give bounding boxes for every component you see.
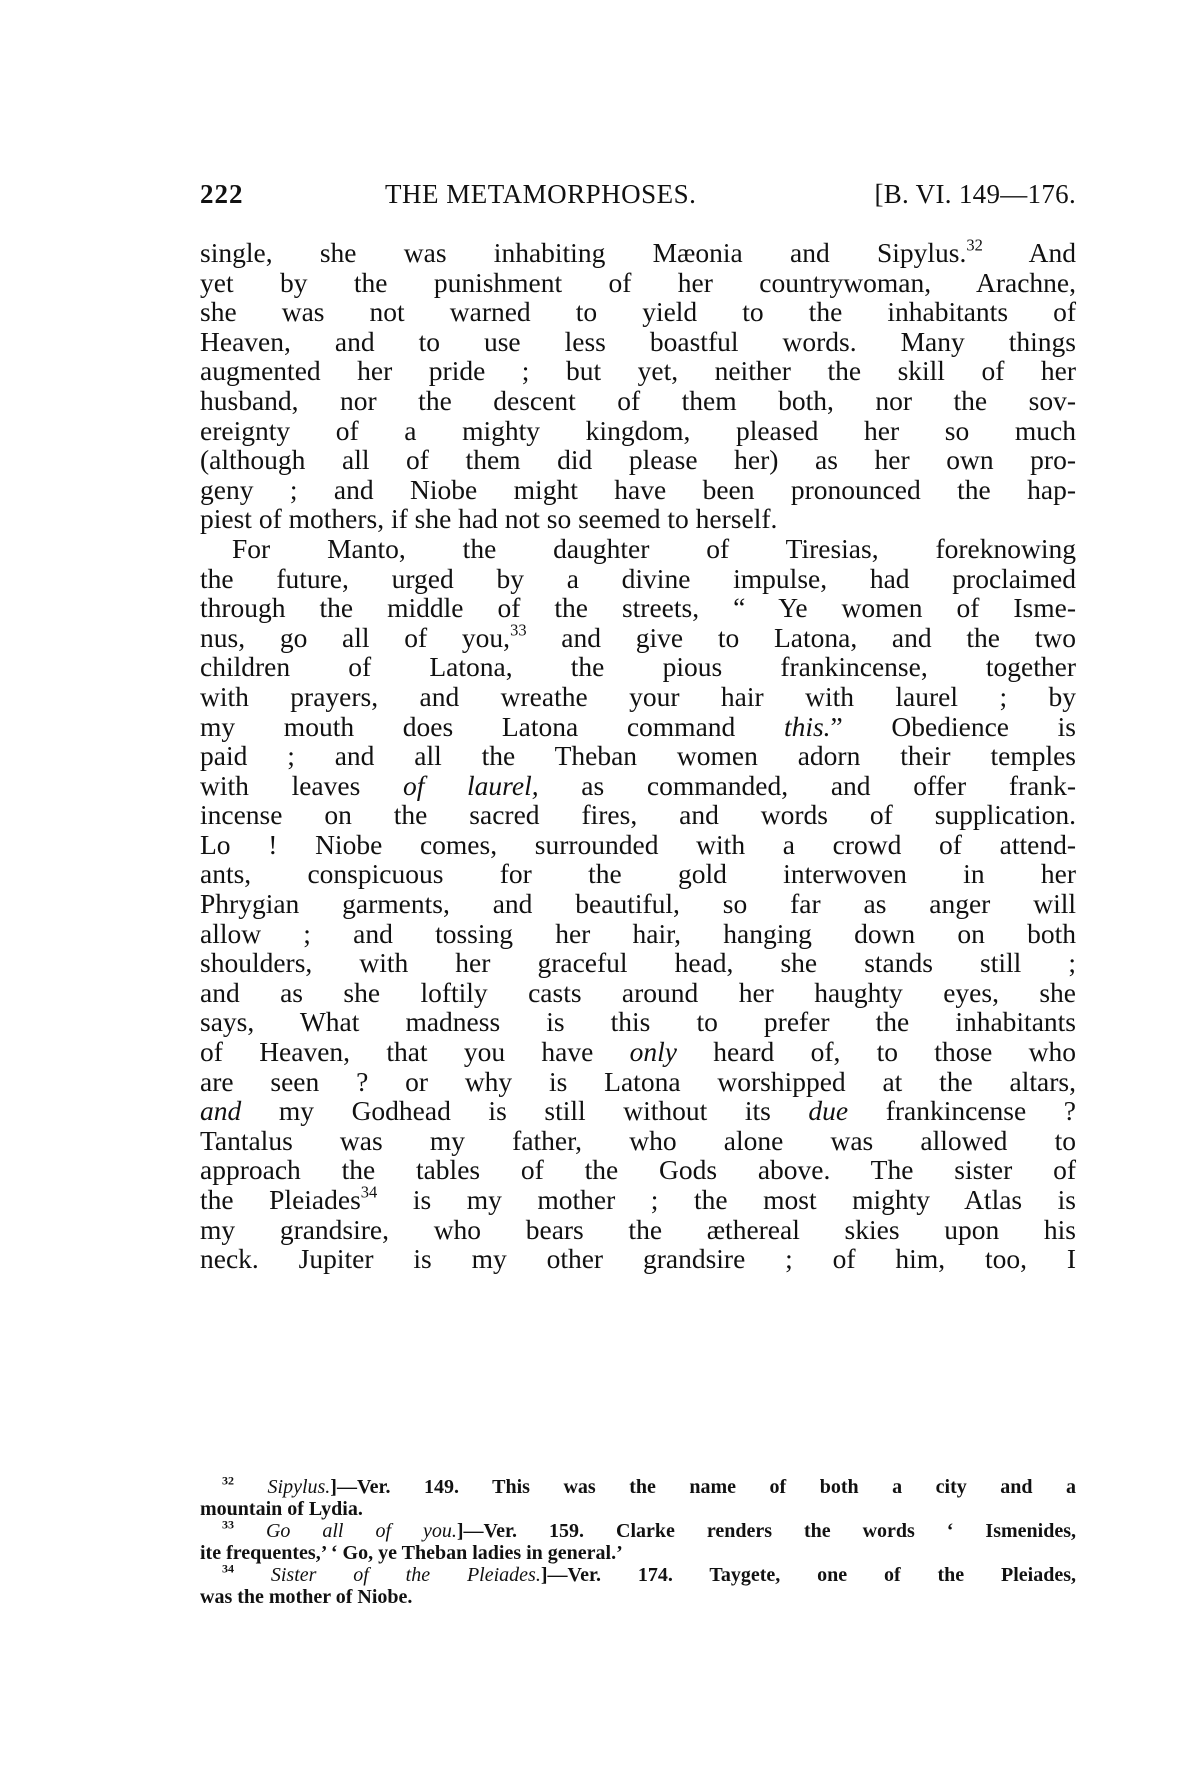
text-line: says, What madness is this to prefer the…	[200, 1007, 1076, 1037]
text-line: children of Latona, the pious frankincen…	[200, 652, 1076, 682]
text-line: augmented her pride ; but yet, neither t…	[200, 356, 1076, 386]
text-line: my grandsire, who bears the æthereal ski…	[200, 1215, 1076, 1245]
footnotes: 32 Sipylus.]—Ver. 149. This was the name…	[200, 1476, 1076, 1608]
text-line: and my Godhead is still without its due …	[200, 1096, 1076, 1126]
text-line: of Heaven, that you have only heard of, …	[200, 1037, 1076, 1067]
text-line: ereignty of a mighty kingdom, pleased he…	[200, 416, 1076, 446]
text-line: (although all of them did please her) as…	[200, 445, 1076, 475]
text-line: geny ; and Niobe might have been pronoun…	[200, 475, 1076, 505]
book-line-reference: [B. VI. 149—176.	[874, 176, 1076, 212]
text-line: nus, go all of you,33 and give to Latona…	[200, 623, 1076, 653]
text-line: neck. Jupiter is my other grandsire ; of…	[200, 1244, 1076, 1274]
page-number: 222	[200, 176, 244, 212]
footnote-number: 34	[222, 1562, 234, 1576]
text-line: approach the tables of the Gods above. T…	[200, 1155, 1076, 1185]
text-line: are seen ? or why is Latona worshipped a…	[200, 1067, 1076, 1097]
paragraph-end-line: piest of mothers, if she had not so seem…	[200, 504, 1076, 534]
text-line: Tantalus was my father, who alone was al…	[200, 1126, 1076, 1156]
paragraph-start-line: For Manto, the daughter of Tiresias, for…	[200, 534, 1076, 564]
footnote-32: 32 Sipylus.]—Ver. 149. This was the name…	[200, 1476, 1076, 1520]
text-line: she was not warned to yield to the inhab…	[200, 297, 1076, 327]
text-line: the future, urged by a divine impulse, h…	[200, 564, 1076, 594]
footnote-33: 33 Go all of you.]—Ver. 159. Clarke rend…	[200, 1520, 1076, 1564]
footnote-34: 34 Sister of the Pleiades.]—Ver. 174. Ta…	[200, 1564, 1076, 1608]
text-line: incense on the sacred fires, and words o…	[200, 800, 1076, 830]
text-line: single, she was inhabiting Mæonia and Si…	[200, 238, 1076, 268]
footnote-number: 33	[222, 1518, 234, 1532]
body-text: single, she was inhabiting Mæonia and Si…	[200, 238, 1076, 1274]
text-line: allow ; and tossing her hair, hanging do…	[200, 919, 1076, 949]
footnote-number: 32	[222, 1474, 234, 1488]
text-line: ants, conspicuous for the gold interwove…	[200, 859, 1076, 889]
running-head: 222 THE METAMORPHOSES. [B. VI. 149—176.	[200, 176, 1076, 212]
text-line: my mouth does Latona command this.” Obed…	[200, 712, 1076, 742]
text-line: and as she loftily casts around her haug…	[200, 978, 1076, 1008]
text-line: Heaven, and to use less boastful words. …	[200, 327, 1076, 357]
footnote-lemma: Sister of the Pleiades.	[271, 1564, 541, 1586]
text-line: yet by the punishment of her countrywoma…	[200, 268, 1076, 298]
text-line: the Pleiades34 is my mother ; the most m…	[200, 1185, 1076, 1215]
footnote-ref-32[interactable]: 32	[966, 235, 983, 254]
text-line: through the middle of the streets, “ Ye …	[200, 593, 1076, 623]
text-line: paid ; and all the Theban women adorn th…	[200, 741, 1076, 771]
text-line: with leaves of laurel, as commanded, and…	[200, 771, 1076, 801]
footnote-ref-33[interactable]: 33	[510, 620, 527, 639]
footnote-lemma: Sipylus.	[268, 1476, 331, 1498]
text-line: Phrygian garments, and beautiful, so far…	[200, 889, 1076, 919]
text-line: Lo ! Niobe comes, surrounded with a crow…	[200, 830, 1076, 860]
text-line: with prayers, and wreathe your hair with…	[200, 682, 1076, 712]
book-title: THE METAMORPHOSES.	[385, 176, 696, 212]
text-line: husband, nor the descent of them both, n…	[200, 386, 1076, 416]
footnote-ref-34[interactable]: 34	[361, 1182, 378, 1201]
footnote-lemma: Go all of you.	[266, 1520, 457, 1542]
text-line: shoulders, with her graceful head, she s…	[200, 948, 1076, 978]
